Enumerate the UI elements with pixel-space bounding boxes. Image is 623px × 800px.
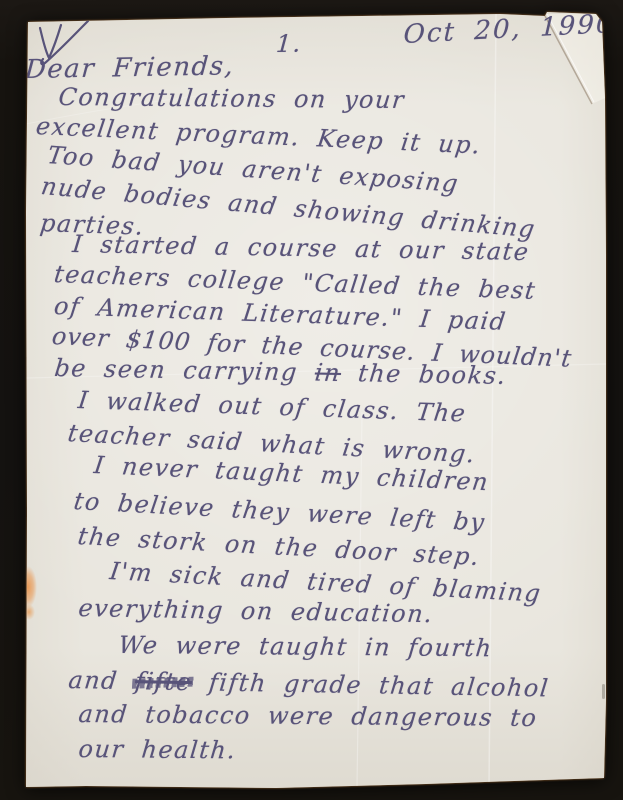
line-text: be seen carrying [53, 354, 316, 387]
letter-line: I walked out of class. The [77, 386, 468, 428]
letter-line: We were taught in fourth [117, 631, 494, 662]
line-text: and [67, 666, 137, 695]
letter-line: our health. [77, 735, 237, 764]
paper-edge-nick [602, 684, 605, 699]
rust-stain [19, 566, 37, 608]
struck-word: in [314, 359, 343, 387]
letter-paper-shadow: 1. Oct 20, 1990 Dear Friends, Congratula… [26, 12, 606, 788]
letter-line: everything on education. [77, 594, 435, 628]
line-text: the books. [340, 359, 508, 390]
salutation: Dear Friends, [24, 51, 235, 85]
page-number: 1. [275, 30, 303, 58]
scribbled-out-word: fifte [134, 667, 194, 696]
letter-line-with-scribble: and fifte fifth grade that alcohol [67, 666, 550, 702]
rust-stain-small [23, 604, 35, 620]
letter-paper: 1. Oct 20, 1990 Dear Friends, Congratula… [26, 12, 606, 788]
letter-date: Oct 20, 1990 [403, 9, 615, 50]
letter-line: and tobacco were dangerous to [77, 700, 538, 732]
letter-line: Congratulations on your [57, 83, 406, 114]
line-text: fifth grade that alcohol [190, 668, 550, 702]
scanned-letter-page: { "scan": { "background_color": "#141210… [0, 0, 623, 800]
